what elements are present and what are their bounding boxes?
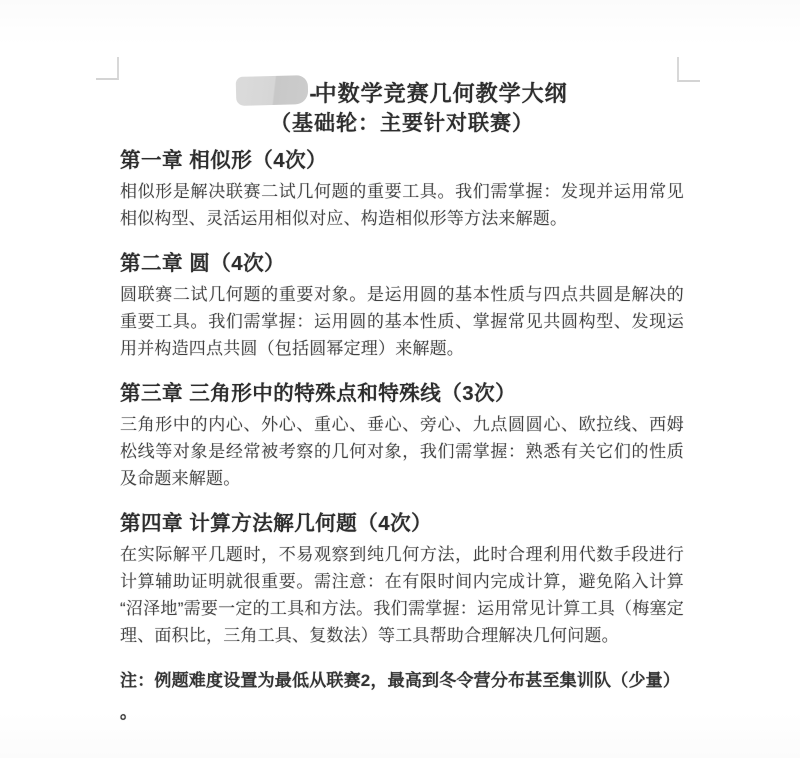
chapter-heading: 第一章 相似形（4次） [120, 148, 684, 173]
document-page: -中数学竞赛几何教学大纲 （基础轮：主要针对联赛） 第一章 相似形（4次） 相似… [0, 0, 800, 758]
chapter-body: 三角形中的内心、外心、重心、垂心、旁心、九点圆圆心、欧拉线、西姆松线等对象是经常… [120, 411, 684, 492]
chapter-body: 在实际解平几题时，不易观察到纯几何方法，此时合理利用代数手段进行计算辅助证明就很… [120, 541, 684, 649]
document-title: -中数学竞赛几何教学大纲 [120, 76, 684, 109]
document-subtitle: （基础轮：主要针对联赛） [120, 109, 684, 139]
chapter-section-2: 第二章 圆（4次） 圆联赛二试几何题的重要对象。是运用圆的基本性质与四点共圆是解… [120, 251, 684, 362]
chapter-heading: 第二章 圆（4次） [120, 251, 684, 276]
chapter-section-3: 第三章 三角形中的特殊点和特殊线（3次） 三角形中的内心、外心、重心、垂心、旁心… [120, 381, 684, 492]
footnote-line-2: 。 [120, 697, 684, 729]
chapter-heading: 第四章 计算方法解几何题（4次） [120, 511, 684, 536]
chapter-body: 相似形是解决联赛二试几何题的重要工具。我们需掌握：发现并运用常见相似构型、灵活运… [120, 178, 684, 232]
footnote: 注：例题难度设置为最低从联赛2，最高到冬令营分布甚至集训队（少量）。 [120, 665, 684, 728]
chapter-body: 圆联赛二试几何题的重要对象。是运用圆的基本性质与四点共圆是解决的重要工具。我们需… [120, 281, 684, 362]
chapter-section-1: 第一章 相似形（4次） 相似形是解决联赛二试几何题的重要工具。我们需掌握：发现并… [120, 148, 684, 232]
title-text: 中数学竞赛几何教学大纲 [315, 81, 568, 106]
document-content: -中数学竞赛几何教学大纲 （基础轮：主要针对联赛） 第一章 相似形（4次） 相似… [120, 76, 684, 728]
chapter-section-4: 第四章 计算方法解几何题（4次） 在实际解平几题时，不易观察到纯几何方法，此时合… [120, 511, 684, 649]
footnote-line-1: 注：例题难度设置为最低从联赛2，最高到冬令营分布甚至集训队（少量） [120, 665, 684, 697]
chapter-heading: 第三章 三角形中的特殊点和特殊线（3次） [120, 381, 684, 406]
photo-corner-mark-left [96, 57, 119, 80]
redaction-blur [236, 75, 309, 106]
